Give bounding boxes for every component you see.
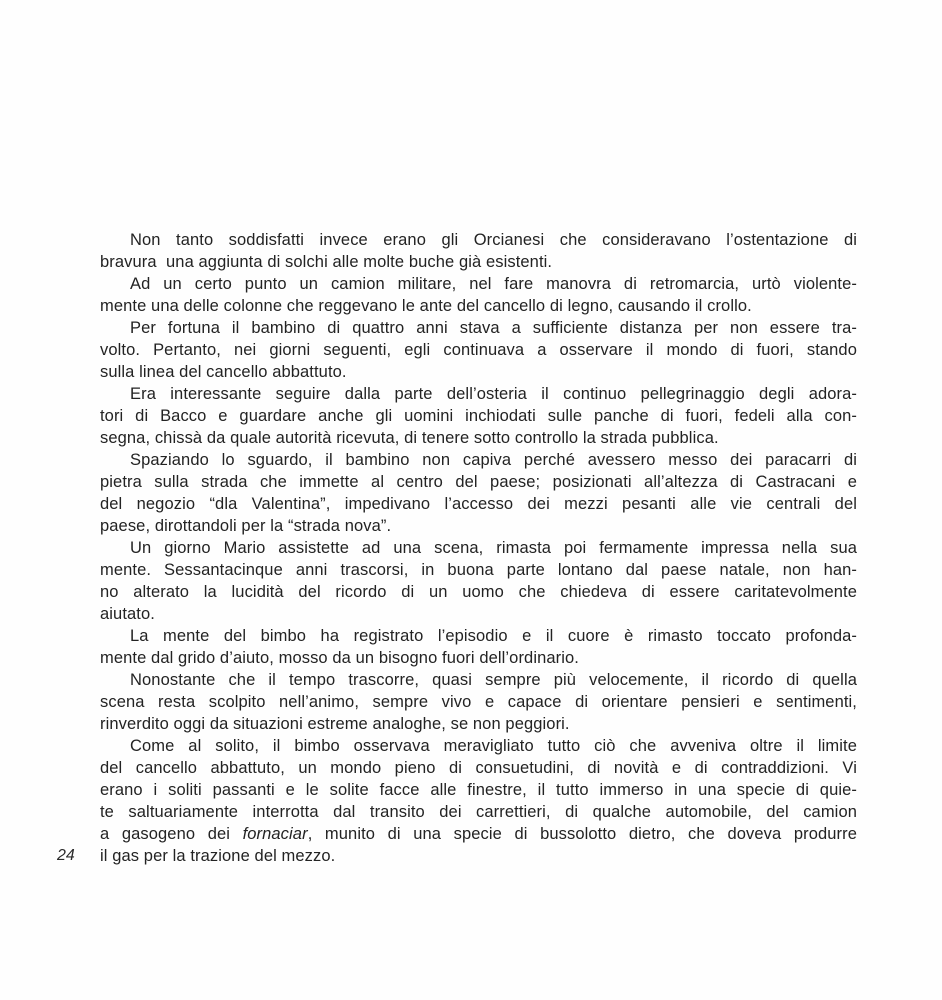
text-segment: La mente del bimbo ha registrato l’episo…	[130, 627, 857, 645]
text-line: bravura una aggiunta di solchi alle molt…	[100, 251, 857, 273]
paragraph: Non tanto soddisfatti invece erano gli O…	[100, 229, 857, 273]
text-segment: segna, chissà da quale autorità ricevuta…	[100, 429, 719, 447]
text-line: del cancello abbattuto, un mondo pieno d…	[100, 757, 857, 779]
text-segment: Un giorno Mario assistette ad una scena,…	[130, 539, 857, 557]
text-segment: mente. Sessantacinque anni trascorsi, in…	[100, 561, 857, 579]
text-line: Un giorno Mario assistette ad una scena,…	[100, 537, 857, 559]
text-segment: no alterato la lucidità del ricordo di u…	[100, 583, 857, 601]
text-segment: Spaziando lo sguardo, il bambino non cap…	[130, 451, 857, 469]
paragraph: Un giorno Mario assistette ad una scena,…	[100, 537, 857, 625]
text-segment: Come al solito, il bimbo osservava merav…	[130, 737, 857, 755]
text-line: aiutato.	[100, 603, 857, 625]
text-line: Spaziando lo sguardo, il bambino non cap…	[100, 449, 857, 471]
text-line: scena resta scolpito nell’animo, sempre …	[100, 691, 857, 713]
paragraph: Come al solito, il bimbo osservava merav…	[100, 735, 857, 867]
page-number: 24	[57, 845, 75, 867]
text-segment: Ad un certo punto un camion militare, ne…	[130, 275, 857, 293]
text-line: paese, dirottandoli per la “strada nova”…	[100, 515, 857, 537]
text-segment: tori di Bacco e guardare anche gli uomin…	[100, 407, 857, 425]
text-line: a gasogeno dei fornaciar, munito di una …	[100, 823, 857, 845]
text-segment: il gas per la trazione del mezzo.	[100, 847, 335, 865]
text-segment: , munito di una specie di bussolotto die…	[308, 825, 857, 843]
text-line: rinverdito oggi da situazioni estreme an…	[100, 713, 857, 735]
paragraph: Nonostante che il tempo trascorre, quasi…	[100, 669, 857, 735]
text-line: segna, chissà da quale autorità ricevuta…	[100, 427, 857, 449]
text-segment: rinverdito oggi da situazioni estreme an…	[100, 715, 570, 733]
text-segment: te saltuariamente interrotta dal transit…	[100, 803, 857, 821]
text-line: Come al solito, il bimbo osservava merav…	[100, 735, 857, 757]
text-line: no alterato la lucidità del ricordo di u…	[100, 581, 857, 603]
text-segment: Non tanto soddisfatti invece erano gli O…	[130, 231, 857, 249]
text-segment: del negozio “dla Valentina”, impedivano …	[100, 495, 857, 513]
text-line: Ad un certo punto un camion militare, ne…	[100, 273, 857, 295]
paragraph: Spaziando lo sguardo, il bambino non cap…	[100, 449, 857, 537]
text-line: il gas per la trazione del mezzo.	[100, 845, 857, 867]
text-segment: paese, dirottandoli per la “strada nova”…	[100, 517, 391, 535]
text-segment: aiutato.	[100, 605, 155, 623]
paragraph: La mente del bimbo ha registrato l’episo…	[100, 625, 857, 669]
text-segment: volto. Pertanto, nei giorni seguenti, eg…	[100, 341, 857, 359]
text-segment: Per fortuna il bambino di quattro anni s…	[130, 319, 857, 337]
text-line: Per fortuna il bambino di quattro anni s…	[100, 317, 857, 339]
text-segment: scena resta scolpito nell’animo, sempre …	[100, 693, 857, 711]
text-line: Non tanto soddisfatti invece erano gli O…	[100, 229, 857, 251]
text-line: mente una delle colonne che reggevano le…	[100, 295, 857, 317]
paragraph: Per fortuna il bambino di quattro anni s…	[100, 317, 857, 383]
text-segment: mente una delle colonne che reggevano le…	[100, 297, 752, 315]
text-segment: Nonostante che il tempo trascorre, quasi…	[130, 671, 857, 689]
text-line: te saltuariamente interrotta dal transit…	[100, 801, 857, 823]
text-segment: del cancello abbattuto, un mondo pieno d…	[100, 759, 857, 777]
book-page: 24 Non tanto soddisfatti invece erano gl…	[0, 0, 942, 1000]
text-line: La mente del bimbo ha registrato l’episo…	[100, 625, 857, 647]
paragraph: Ad un certo punto un camion militare, ne…	[100, 273, 857, 317]
text-line: pietra sulla strada che immette al centr…	[100, 471, 857, 493]
text-line: mente. Sessantacinque anni trascorsi, in…	[100, 559, 857, 581]
text-line: Nonostante che il tempo trascorre, quasi…	[100, 669, 857, 691]
text-segment: bravura una aggiunta di solchi alle molt…	[100, 253, 552, 271]
text-line: Era interessante seguire dalla parte del…	[100, 383, 857, 405]
text-line: tori di Bacco e guardare anche gli uomin…	[100, 405, 857, 427]
text-segment: Era interessante seguire dalla parte del…	[130, 385, 857, 403]
text-segment: mente dal grido d’aiuto, mosso da un bis…	[100, 649, 579, 667]
text-line: mente dal grido d’aiuto, mosso da un bis…	[100, 647, 857, 669]
text-line: sulla linea del cancello abbattuto.	[100, 361, 857, 383]
text-line: volto. Pertanto, nei giorni seguenti, eg…	[100, 339, 857, 361]
text-segment: pietra sulla strada che immette al centr…	[100, 473, 857, 491]
paragraph: Era interessante seguire dalla parte del…	[100, 383, 857, 449]
text-segment: a gasogeno dei	[100, 825, 243, 843]
text-line: del negozio “dla Valentina”, impedivano …	[100, 493, 857, 515]
italic-text: fornaciar	[243, 825, 308, 843]
text-block: Non tanto soddisfatti invece erano gli O…	[100, 229, 857, 867]
text-segment: erano i soliti passanti e le solite facc…	[100, 781, 857, 799]
text-segment: sulla linea del cancello abbattuto.	[100, 363, 347, 381]
text-line: erano i soliti passanti e le solite facc…	[100, 779, 857, 801]
